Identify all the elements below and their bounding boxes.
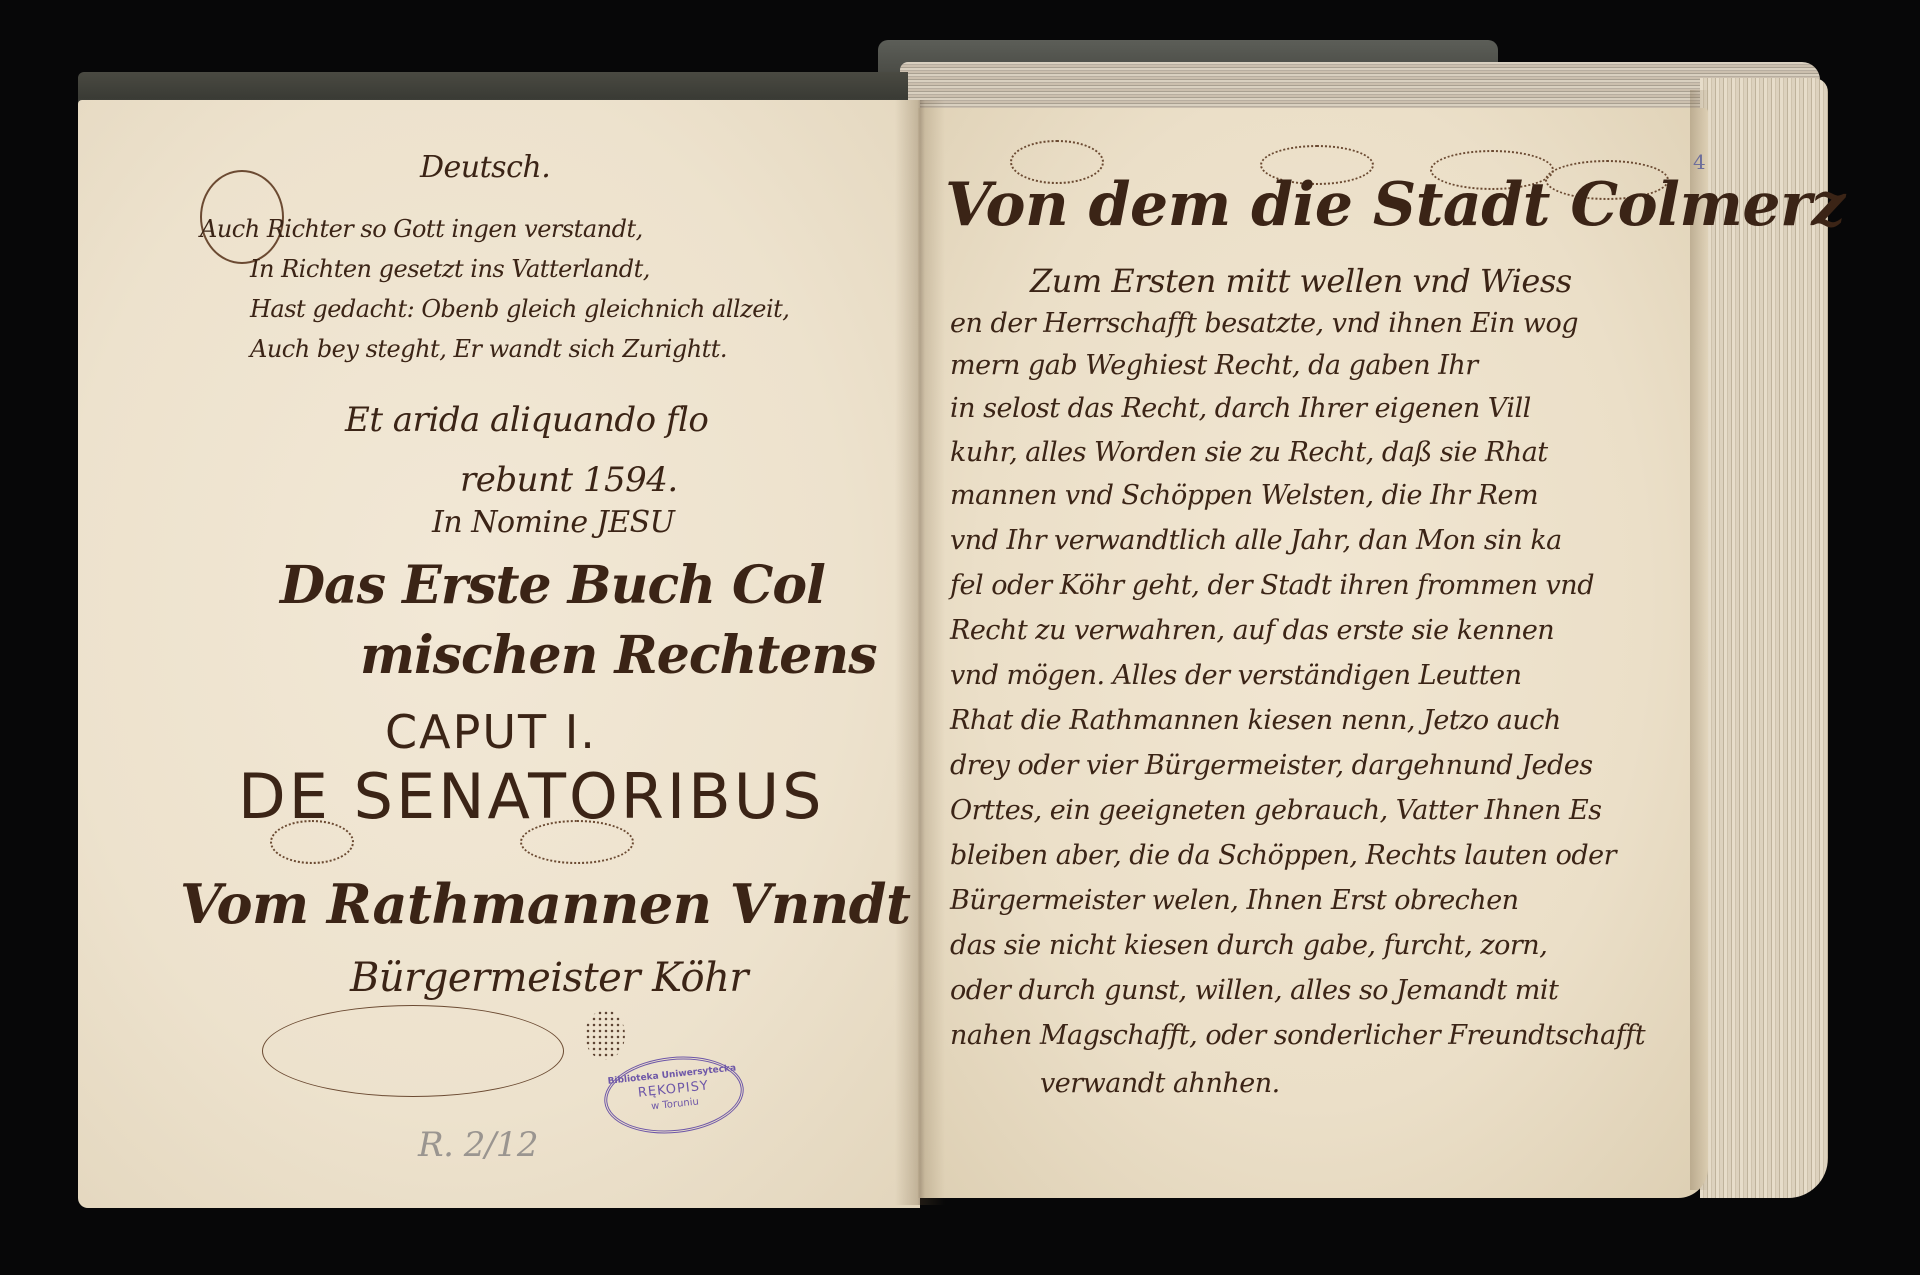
left-heading: Deutsch. (420, 150, 550, 185)
text-line: vnd mögen. Alles der verständigen Leutte… (950, 660, 1521, 691)
verse-line: Hast gedacht: Obenb gleich gleichnich al… (250, 295, 789, 323)
text-line: Rhat die Rathmannen kiesen nenn, Jetzo a… (950, 705, 1561, 736)
flourish-icon (262, 1005, 564, 1097)
text-line: bleiben aber, die da Schöppen, Rechts la… (950, 840, 1616, 871)
shelfmark: R. 2/12 (418, 1125, 538, 1165)
smudge-icon (585, 1010, 625, 1060)
text-line: en der Herrschafft besatzte, vnd ihnen E… (950, 308, 1578, 339)
text-line: das sie nicht kiesen durch gabe, furcht,… (950, 930, 1547, 961)
verse-line: Auch Richter so Gott ingen verstandt, (200, 215, 643, 243)
text-line: Bürgermeister welen, Ihnen Erst obrechen (950, 885, 1519, 916)
text-line: Orttes, ein geeigneten gebrauch, Vatter … (950, 795, 1602, 826)
invocation: In Nomine JESU (432, 505, 674, 540)
page-edges-fore (1700, 78, 1828, 1198)
text-line: vnd Ihr verwandtlich alle Jahr, dan Mon … (950, 525, 1562, 556)
text-line: in selost das Recht, darch Ihrer eigenen… (950, 393, 1531, 424)
chapter-subtitle: Vom Rathmannen Vnndt (180, 872, 910, 936)
book-gutter (895, 100, 945, 1205)
text-line: oder durch gunst, willen, alles so Jeman… (950, 975, 1558, 1006)
text-line: nahen Magschafft, oder sonderlicher Freu… (950, 1020, 1645, 1051)
latin-motto-year: rebunt 1594. (460, 460, 678, 500)
book-title: Das Erste Buch Col (280, 555, 825, 616)
text-line: Zum Ersten mitt wellen vnd Wiess (1030, 262, 1572, 300)
text-line: verwandt ahnhen. (1040, 1068, 1280, 1099)
fore-edge-shadow (1690, 90, 1710, 1190)
chapter-title: DE SENATORIBUS (238, 760, 824, 833)
chapter-subtitle: Bürgermeister Köhr (350, 955, 748, 1001)
text-line: drey oder vier Bürgermeister, dargehnund… (950, 750, 1593, 781)
verse-line: Auch bey steght, Er wandt sich Zurightt. (250, 335, 727, 363)
text-line: mern gab Weghiest Recht, da gaben Ihr (950, 350, 1478, 381)
text-line: kuhr, alles Worden sie zu Recht, daß sie… (950, 437, 1548, 468)
verse-line: In Richten gesetzt ins Vatterlandt, (250, 255, 650, 283)
text-line: fel oder Köhr geht, der Stadt ihren from… (950, 570, 1594, 601)
text-line: Recht zu verwahren, auf das erste sie ke… (950, 615, 1554, 646)
text-line: mannen vnd Schöppen Welsten, die Ihr Rem (950, 480, 1538, 511)
latin-motto: Et arida aliquando flo (345, 400, 708, 440)
right-page-title: Von dem die Stadt Colmerz (945, 170, 1845, 240)
chapter-number: CAPUT I. (385, 705, 597, 759)
book-title: mischen Rechtens (360, 625, 876, 686)
